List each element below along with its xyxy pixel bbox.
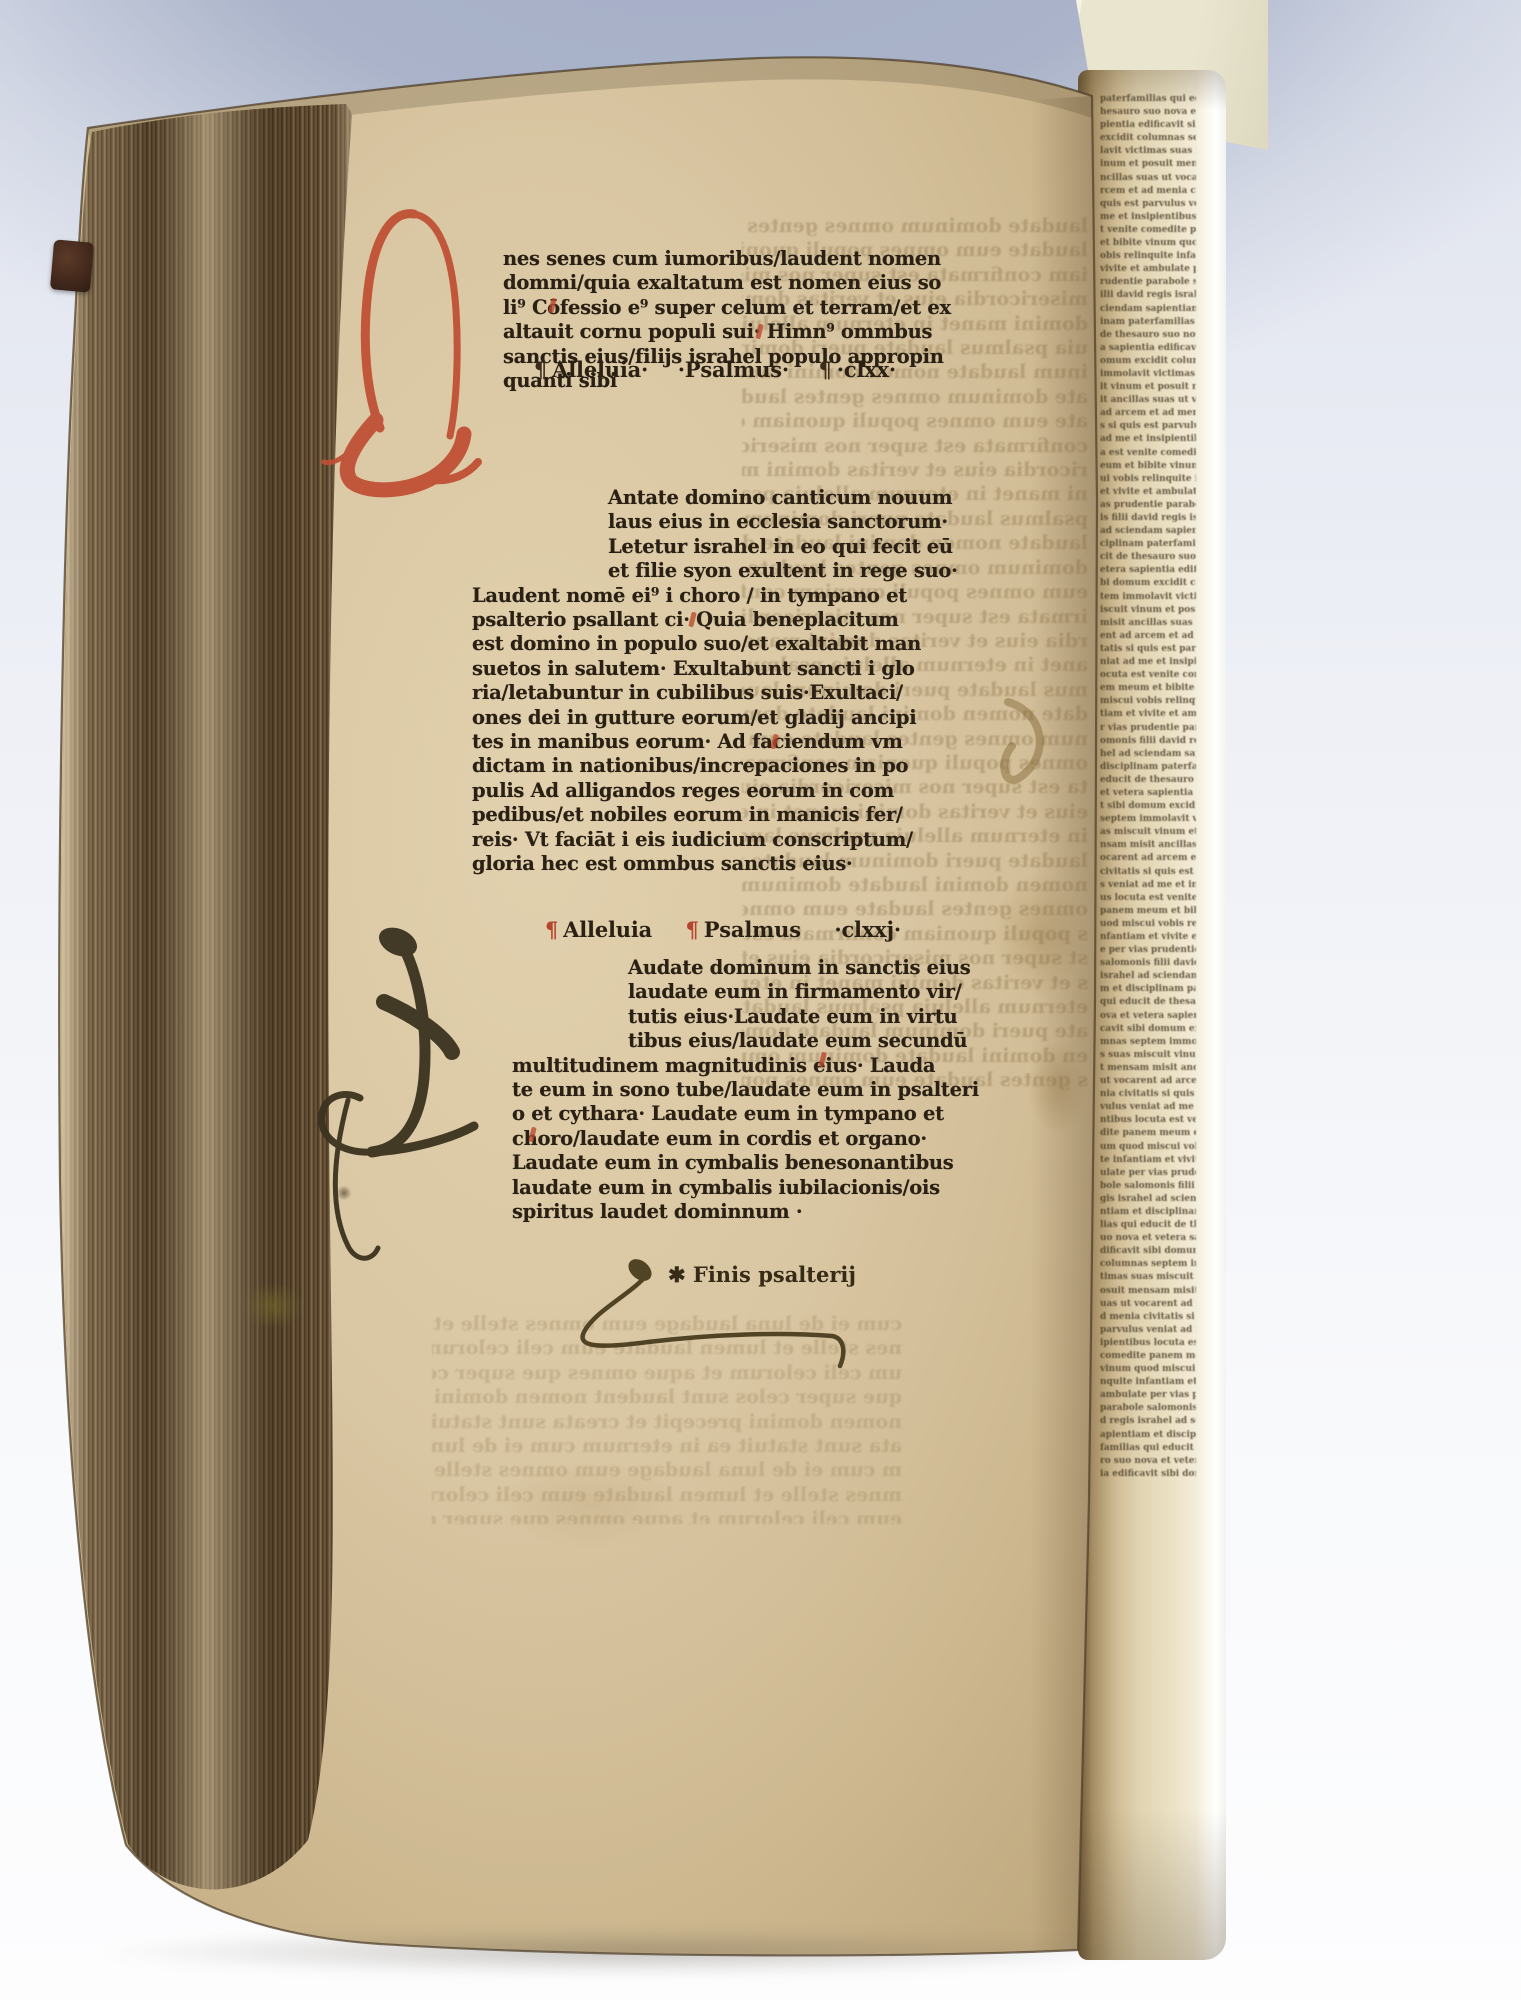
illegible-text-line: ata sunt statuit ea in eternum cum ei de…: [432, 1434, 902, 1458]
illegible-text-line: confirmata est super nos misericordia ei…: [742, 434, 1088, 458]
text-line: Antate domino canticum nouum: [608, 486, 958, 510]
text-line: pulis Ad alligandos reges eorum in com: [472, 779, 958, 803]
text-line: dommi/quia exaltatum est nomen eius so: [503, 271, 951, 295]
ink-stain: [242, 1282, 304, 1330]
text-line: li⁹ Cōfessio e⁹ super celum et terram/et…: [503, 296, 951, 320]
text-line: nes senes cum iumoribus/laudent nomen: [503, 247, 951, 271]
text-line: te eum in sono tube/laudate eum in psalt…: [512, 1078, 979, 1102]
book-shadow: [90, 1928, 1150, 1976]
ink-stain: [1028, 1040, 1088, 1135]
text-line: est domino in populo suo/et exaltabit ma…: [472, 632, 958, 656]
text-line: laudate eum in firmamento vir/: [628, 980, 979, 1004]
illegible-text-line: cum ei de luna laudage eum omnes stelle …: [432, 1312, 902, 1336]
colophon-finis-psalterij: ✱ Finis psalterij: [668, 1262, 856, 1288]
illegible-text-line: ricordia eius et veritas domini manet in…: [742, 458, 1088, 482]
text-line: Laudent nomē ei⁹ i choro / in tympano et: [472, 584, 958, 608]
illegible-text-line: ate eum omnes populi quoniam confirmata …: [742, 409, 1088, 433]
rubric-label: ·Psalmus·: [678, 357, 789, 383]
rubric-alleluia-psalmus-clxxj: ¶ Alleluia ¶ Psalmus ·clxxj·: [545, 917, 901, 943]
text-line: laus eius in ecclesia sanctorum·: [608, 510, 958, 534]
pilcrow-icon: ¶: [534, 357, 547, 383]
text-line: gloria hec est ommbus sanctis eius·: [472, 852, 958, 876]
illegible-text-line: nomen domini precepit et creata sunt sta…: [432, 1410, 902, 1434]
text-line: tibus eius/laudate eum secundū: [628, 1029, 979, 1053]
text-line: ria/letabuntur in cubilibus suis·Exultac…: [472, 681, 958, 705]
text-line: tutis eius·Laudate eum in virtu: [628, 1005, 979, 1029]
psalm-149-text: Antate domino canticum nouumlaus eius in…: [472, 486, 958, 877]
rubric-label: Psalmus: [704, 917, 801, 943]
ink-stain: [336, 1186, 352, 1200]
psalm-149-indented: Antate domino canticum nouumlaus eius in…: [472, 486, 958, 584]
illegible-text-line: que super celos sunt laudent nomen domin…: [432, 1385, 902, 1409]
text-line: pedibus/et nobiles eorum in manicis fer/: [472, 803, 958, 827]
illegible-text-line: laudate dominum omnes gentes laudate eum…: [742, 214, 1088, 238]
binding-clasp-remnant: [50, 239, 94, 292]
text-line: dictam in nationibus/increpaciones in po: [472, 754, 958, 778]
text-line: suetos in salutem· Exultabunt sancti i g…: [472, 657, 958, 681]
text-line: multitudinem magnitudinis eius· Lauda: [512, 1054, 979, 1078]
colophon-text: Finis psalterij: [693, 1262, 856, 1287]
text-line: et filie syon exultent in rege suo·: [608, 559, 958, 583]
text-line: Audate dominum in sanctis eius: [628, 956, 979, 980]
text-line: reis· Vt faciāt i eis iudicium conscript…: [472, 828, 958, 852]
rubric-number: ·clxx·: [837, 357, 896, 383]
rubric-number: ·clxxj·: [834, 917, 901, 943]
psalm-150-text: Audate dominum in sanctis eiuslaudate eu…: [512, 956, 979, 1224]
text-line: laudate eum in cymbalis iubilacionis/ois: [512, 1176, 979, 1200]
text-line: Letetur israhel in eo qui fecit eū: [608, 535, 958, 559]
text-line: altauit cornu populi sui· Himn⁹ ommbus: [503, 320, 951, 344]
pilcrow-icon: ¶: [819, 357, 832, 383]
text-line: Laudate eum in cymbalis benesonantibus: [512, 1151, 979, 1175]
text-line: spiritus laudet dominnum ·: [512, 1200, 979, 1224]
incunable-psalter-photo: paterfamilias qui educit de thesauro suo…: [0, 0, 1521, 2000]
psalm-150-body: multitudinem magnitudinis eius· Laudate …: [512, 1054, 979, 1225]
pilcrow-icon: ¶: [686, 917, 699, 943]
rubric-title: Alleluia: [563, 917, 652, 943]
text-line: psalterio psallant ci· Quia beneplacitum: [472, 608, 958, 632]
psalm-150-indented: Audate dominum in sanctis eiuslaudate eu…: [512, 956, 979, 1054]
psalm-149-body: Laudent nomē ei⁹ i choro / in tympano et…: [472, 584, 958, 877]
illegible-text-line: nes stelle et lumen laudate eum celi cel…: [432, 1336, 902, 1360]
ink-stain: [500, 1460, 680, 1550]
text-line: ones dei in gutture eorum/et gladij anci…: [472, 706, 958, 730]
text-line: choro/laudate eum in cordis et organo·: [512, 1127, 979, 1151]
hedera-icon: ✱: [668, 1262, 686, 1287]
rubric-title: Alleluia·: [552, 357, 648, 383]
pilcrow-icon: ¶: [545, 917, 558, 943]
ink-stain: [992, 872, 1087, 997]
text-line: tes in manibus eorum· Ad faciendum vm: [472, 730, 958, 754]
rubric-alleluia-psalmus-clxx: ¶ Alleluia· ·Psalmus· ¶ ·clxx·: [534, 357, 896, 383]
text-line: o et cythara· Laudate eum in tympano et: [512, 1102, 979, 1126]
illegible-text-line: m cum ei de luna laudage eum omnes stell…: [432, 1458, 902, 1482]
illegible-text-line: um celi celorum et aque omnes que super …: [432, 1361, 902, 1385]
